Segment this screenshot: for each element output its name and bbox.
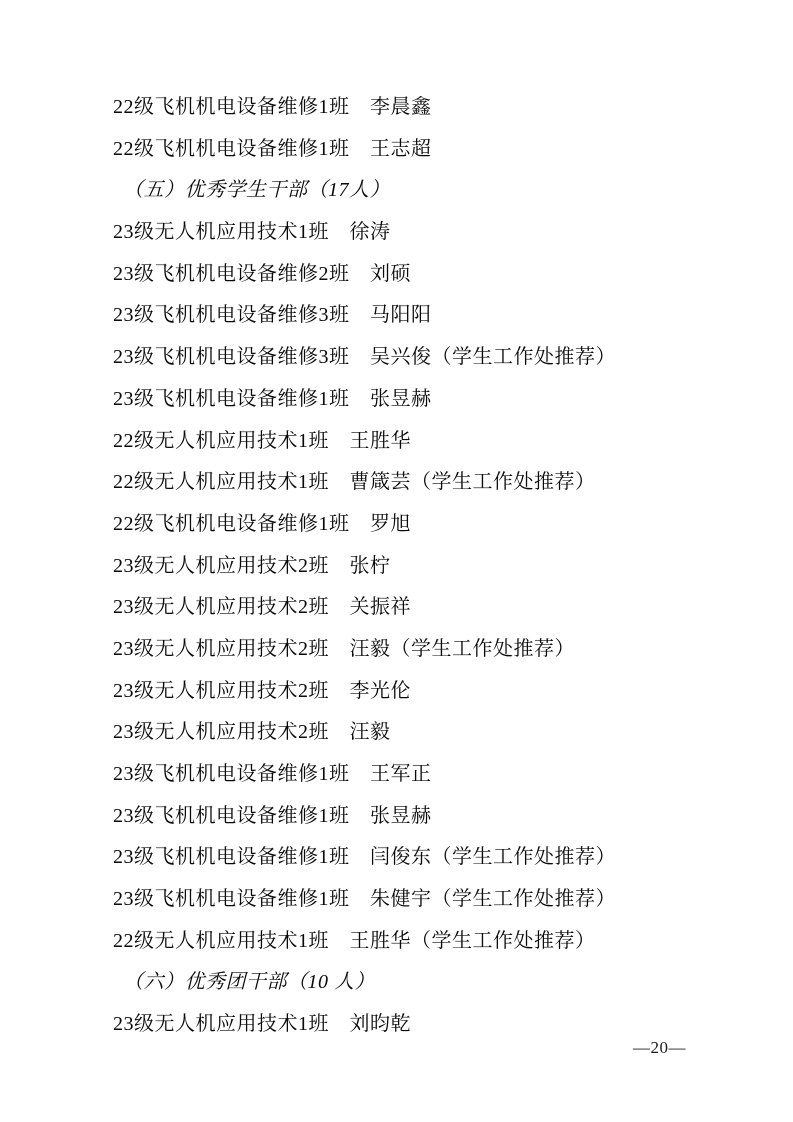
section-heading: （六）优秀团干部（10 人） xyxy=(113,962,733,1004)
list-line: 23级无人机应用技术2班 汪毅（学生工作处推荐） xyxy=(113,629,733,671)
list-line: 22级飞机机电设备维修1班 李晨鑫 xyxy=(113,87,733,129)
list-line: 23级飞机机电设备维修3班 马阳阳 xyxy=(113,295,733,337)
page-number: —20— xyxy=(633,1038,686,1058)
award-list: 22级飞机机电设备维修1班 李晨鑫22级飞机机电设备维修1班 王志超（五）优秀学… xyxy=(113,87,733,1046)
list-line: 23级无人机应用技术2班 汪毅 xyxy=(113,712,733,754)
section-heading: （五）优秀学生干部（17人） xyxy=(113,170,733,212)
list-line: 22级无人机应用技术1班 王胜华 xyxy=(113,421,733,463)
list-line: 23级飞机机电设备维修1班 张昱赫 xyxy=(113,796,733,838)
document-page: 22级飞机机电设备维修1班 李晨鑫22级飞机机电设备维修1班 王志超（五）优秀学… xyxy=(0,0,793,1122)
list-line: 22级飞机机电设备维修1班 罗旭 xyxy=(113,504,733,546)
list-line: 23级飞机机电设备维修1班 张昱赫 xyxy=(113,379,733,421)
list-line: 23级飞机机电设备维修1班 王军正 xyxy=(113,754,733,796)
list-line: 23级飞机机电设备维修3班 吴兴俊（学生工作处推荐） xyxy=(113,337,733,379)
list-line: 23级无人机应用技术2班 张柠 xyxy=(113,546,733,588)
list-line: 23级飞机机电设备维修1班 闫俊东（学生工作处推荐） xyxy=(113,837,733,879)
list-line: 22级飞机机电设备维修1班 王志超 xyxy=(113,129,733,171)
list-line: 23级无人机应用技术2班 关振祥 xyxy=(113,587,733,629)
list-line: 23级无人机应用技术1班 徐涛 xyxy=(113,212,733,254)
list-line: 22级无人机应用技术1班 曹箴芸（学生工作处推荐） xyxy=(113,462,733,504)
list-line: 23级飞机机电设备维修2班 刘硕 xyxy=(113,254,733,296)
list-line: 22级无人机应用技术1班 王胜华（学生工作处推荐） xyxy=(113,921,733,963)
list-line: 23级无人机应用技术2班 李光伦 xyxy=(113,671,733,713)
list-line: 23级飞机机电设备维修1班 朱健宇（学生工作处推荐） xyxy=(113,879,733,921)
